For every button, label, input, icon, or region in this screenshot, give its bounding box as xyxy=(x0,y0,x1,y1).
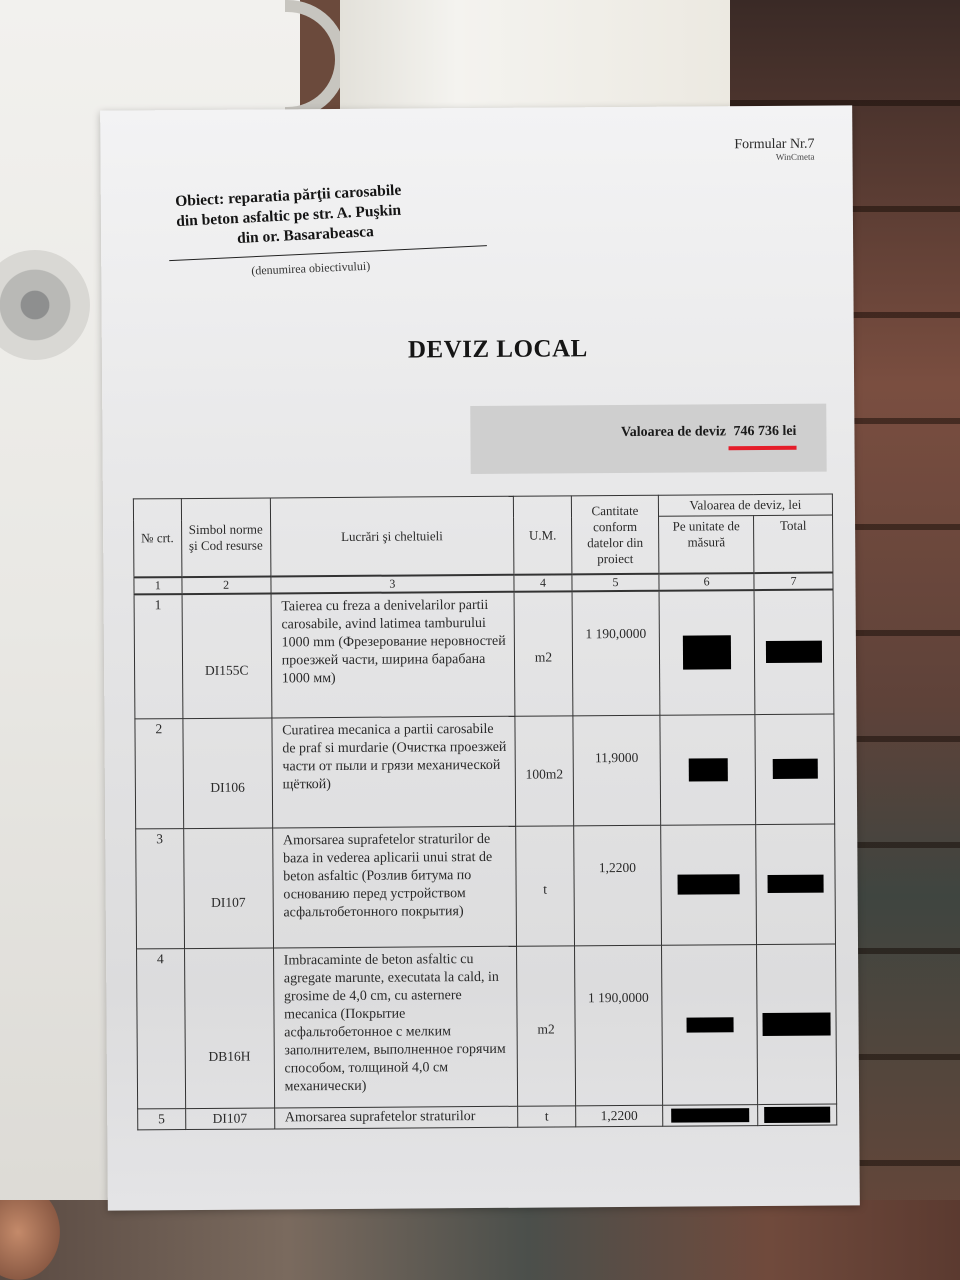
row-um: 100m2 xyxy=(515,715,574,825)
redaction-box xyxy=(683,635,731,669)
row-total xyxy=(757,944,837,1105)
column-number: 6 xyxy=(659,573,754,591)
object-caption: (denumirea obiectivului) xyxy=(251,259,370,279)
form-label-block: Formular Nr.7 WinCmeta xyxy=(734,138,814,163)
row-total xyxy=(755,714,835,825)
redaction-box xyxy=(763,1012,831,1035)
row-quantity: 1,2200 xyxy=(574,825,662,946)
header-value-group: Valoarea de deviz, lei xyxy=(658,494,832,516)
document-page: Formular Nr.7 WinCmeta Obiect: reparatia… xyxy=(100,105,860,1210)
redaction-box xyxy=(678,874,740,894)
header-description: Lucrări şi cheltuieli xyxy=(270,496,514,576)
row-code: DI155C xyxy=(182,593,272,718)
software-label: WinCmeta xyxy=(734,152,814,162)
redaction-box xyxy=(686,1017,733,1032)
row-unit-price xyxy=(659,590,755,715)
header-no: № crt. xyxy=(133,499,181,578)
row-quantity: 1 190,0000 xyxy=(572,591,660,716)
row-description: Taierea cu freza a denivelarilor partii … xyxy=(271,592,515,718)
redaction-box xyxy=(764,1106,830,1122)
red-highlight-underline xyxy=(729,446,797,450)
object-name: Obiect: reparatia părţii carosabile din … xyxy=(175,176,498,252)
row-no: 1 xyxy=(134,594,182,718)
table-row: 5 DI107 Amorsarea suprafetelor straturil… xyxy=(138,1104,837,1130)
column-number: 1 xyxy=(134,577,182,594)
row-unit-price xyxy=(660,714,756,825)
table-row: 2 DI106 Curatirea mecanica a partii caro… xyxy=(135,714,835,829)
row-no: 5 xyxy=(138,1108,186,1129)
form-number: Formular Nr.7 xyxy=(734,138,814,153)
row-quantity: 1,2200 xyxy=(576,1105,663,1127)
row-um: m2 xyxy=(517,945,576,1105)
floor-background xyxy=(0,1200,960,1280)
header-code: Simbol norme şi Cod resurse xyxy=(181,498,271,577)
row-description: Amorsarea suprafetelor straturilor de ba… xyxy=(272,826,516,948)
header-unit-price: Pe unitate de măsură xyxy=(658,516,754,574)
row-description: Curatirea mecanica a partii carosabile d… xyxy=(272,716,516,828)
column-number: 4 xyxy=(514,574,572,591)
row-unit-price xyxy=(661,944,757,1105)
row-total xyxy=(758,1104,837,1126)
row-total xyxy=(756,824,836,945)
estimate-value-amount: 746 736 lei xyxy=(733,424,796,439)
row-no: 4 xyxy=(137,948,186,1108)
row-quantity: 1 190,0000 xyxy=(575,945,663,1106)
row-quantity: 11,9000 xyxy=(573,715,661,826)
row-total xyxy=(754,590,834,715)
redaction-box xyxy=(671,1108,749,1123)
redaction-box xyxy=(768,875,824,893)
holder-ring xyxy=(285,0,347,119)
table-row: 4 DB16H Imbracaminte de beton asfaltic c… xyxy=(137,944,837,1109)
header-total: Total xyxy=(754,515,833,573)
column-number: 7 xyxy=(754,573,833,591)
column-number: 5 xyxy=(572,574,659,592)
row-code: DI107 xyxy=(185,1107,274,1129)
estimate-value: Valoarea de deviz 746 736 lei xyxy=(621,424,797,441)
row-um: m2 xyxy=(514,591,573,715)
foot xyxy=(0,1200,60,1280)
column-number: 2 xyxy=(182,576,271,594)
row-no: 2 xyxy=(135,718,183,828)
estimate-value-label: Valoarea de deviz xyxy=(621,424,726,440)
row-code: DB16H xyxy=(184,947,274,1108)
header-um: U.M. xyxy=(513,496,572,575)
redaction-box xyxy=(766,641,822,663)
table-row: 1 DI155C Taierea cu freza a denivelarilo… xyxy=(134,590,834,719)
column-number: 3 xyxy=(271,575,514,594)
row-um: t xyxy=(518,1105,576,1126)
redaction-box xyxy=(772,759,817,779)
row-code: DI106 xyxy=(183,717,273,828)
row-code: DI107 xyxy=(183,827,273,948)
header-quantity: Cantitate conform datelor din proiect xyxy=(571,495,659,574)
redaction-box xyxy=(688,758,727,781)
row-um: t xyxy=(516,825,575,945)
estimate-table: № crt. Simbol norme şi Cod resurse Lucră… xyxy=(133,494,837,1130)
estimate-value-band: Valoarea de deviz 746 736 lei xyxy=(470,404,826,474)
row-unit-price xyxy=(663,1104,758,1126)
table-row: 3 DI107 Amorsarea suprafetelor straturil… xyxy=(136,824,836,949)
row-unit-price xyxy=(661,824,757,945)
row-description: Imbracaminte de beton asfaltic cu agrega… xyxy=(273,946,517,1108)
document-title: DEVIZ LOCAL xyxy=(102,333,854,366)
row-no: 3 xyxy=(136,828,184,948)
row-description: Amorsarea suprafetelor straturilor xyxy=(274,1106,517,1129)
